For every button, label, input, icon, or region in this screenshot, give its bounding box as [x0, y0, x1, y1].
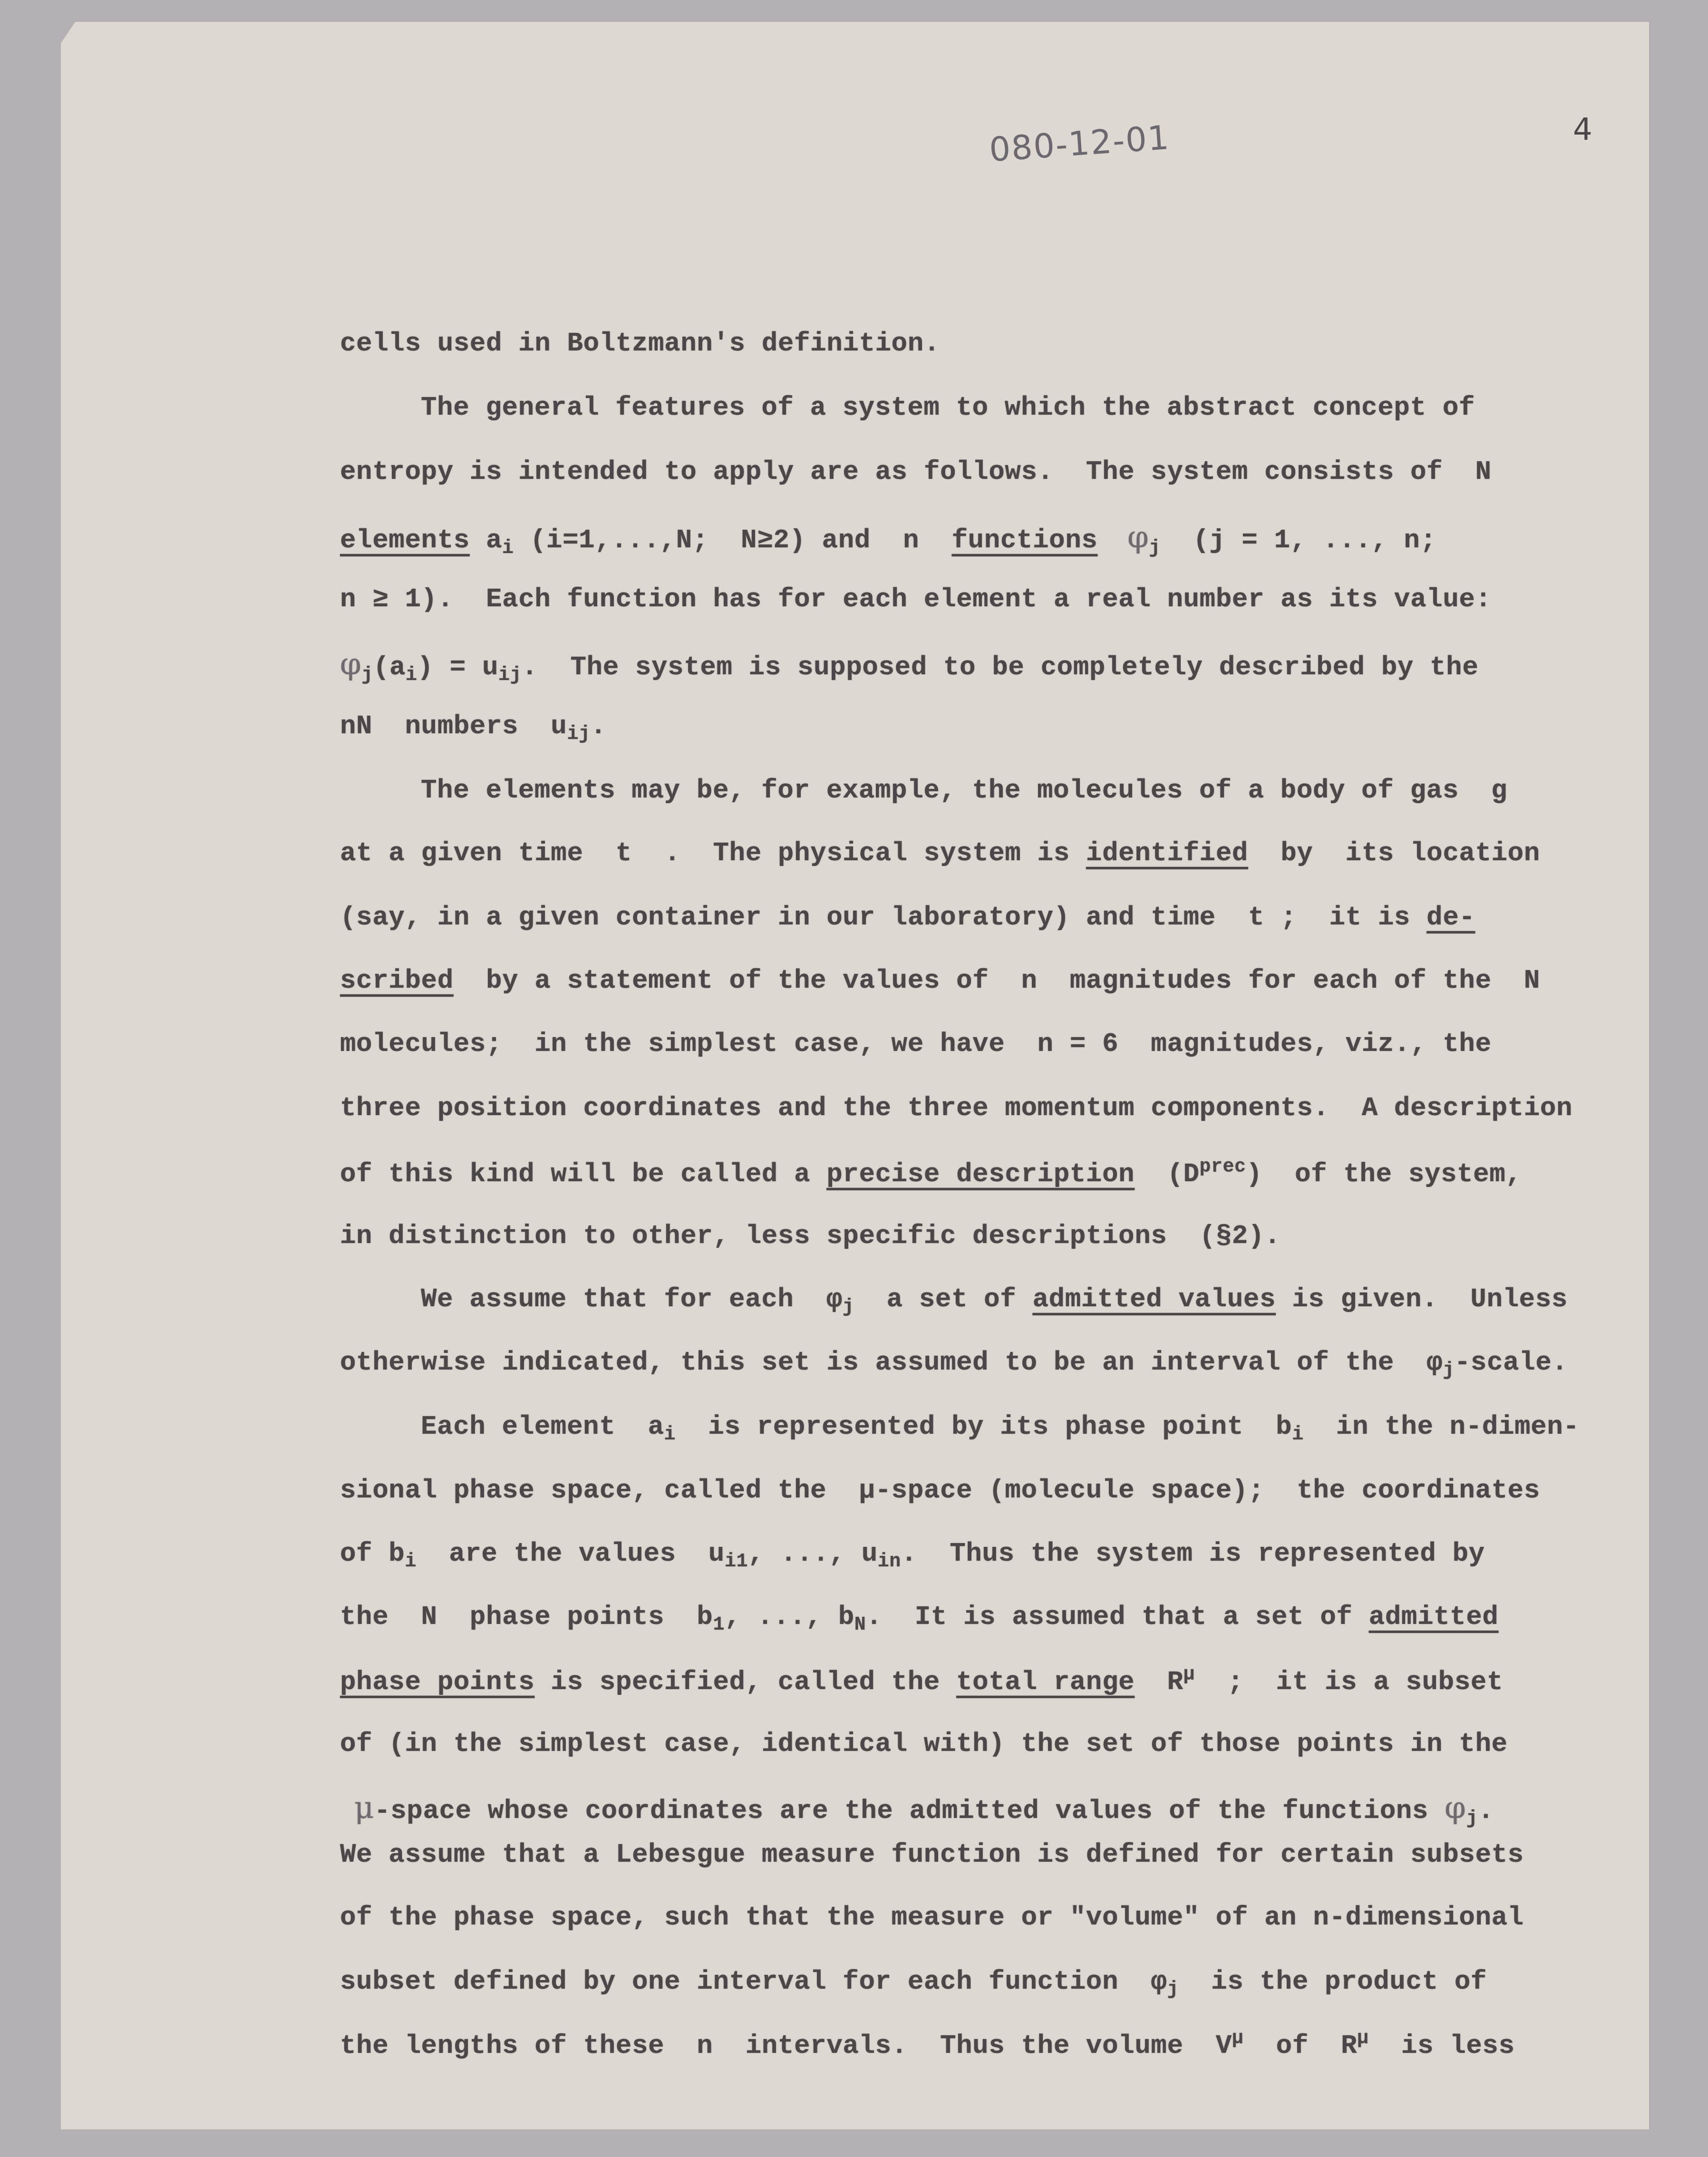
text-run: a [470, 525, 502, 555]
text-run: R [1135, 1667, 1183, 1697]
text-run: by a statement of the values of n magnit… [454, 965, 1540, 996]
text-run: of b [340, 1538, 405, 1569]
text-run: . [1478, 1796, 1494, 1826]
text-run: are the values u [417, 1538, 725, 1569]
text-run: (a [373, 652, 406, 682]
text-run: -scale. [1455, 1347, 1568, 1378]
text-line: elements ai (i=1,...,N; N≥2) and n funct… [340, 520, 1436, 559]
text-line: in distinction to other, less specific d… [340, 1221, 1281, 1251]
text-line: sional phase space, called the μ-space (… [340, 1475, 1540, 1506]
text-run: We assume that for each φ [421, 1284, 843, 1314]
text-line: at a given time t . The physical system … [340, 838, 1540, 868]
underlined-term: phase points [340, 1667, 534, 1697]
subscript: i [664, 1424, 676, 1446]
underlined-term: admitted values [1032, 1284, 1276, 1314]
text-line: nN numbers uij. [340, 711, 607, 745]
text-line: (say, in a given container in our labora… [340, 902, 1475, 933]
subscript: j [1149, 538, 1161, 559]
text-run: is represented by its phase point b [676, 1411, 1292, 1442]
text-line: of (in the simplest case, identical with… [340, 1729, 1508, 1759]
text-line: φj(ai) = uij. The system is supposed to … [340, 647, 1478, 686]
text-run: is the product of [1179, 1966, 1487, 1997]
text-line: phase points is specified, called the to… [340, 1664, 1503, 1697]
text-line: entropy is intended to apply are as foll… [340, 457, 1492, 487]
archive-reference: 080-12-01 [988, 118, 1171, 169]
subscript: N [854, 1614, 866, 1636]
subscript: i [406, 665, 417, 686]
text-line: molecules; in the simplest case, we have… [340, 1029, 1492, 1059]
text-run: (D [1135, 1159, 1199, 1189]
underlined-term: scribed [340, 965, 454, 996]
text-run: in the n-dimen- [1304, 1411, 1580, 1442]
text-line: cells used in Boltzmann's definition. [340, 328, 940, 359]
text-line: subset defined by one interval for each … [340, 1966, 1487, 2001]
superscript: prec [1200, 1156, 1246, 1178]
text-line: the lengths of these n intervals. Thus t… [340, 2028, 1515, 2061]
text-run: is given. Unless [1276, 1284, 1568, 1314]
text-run: by its location [1248, 838, 1540, 868]
text-line: The elements may be, for example, the mo… [421, 775, 1507, 806]
subscript: 1 [713, 1614, 725, 1636]
text-run: , ..., b [725, 1602, 854, 1632]
underlined-term: de- [1427, 902, 1475, 933]
text-run: the lengths of these n intervals. Thus t… [340, 2031, 1232, 2061]
underlined-term: precise description [826, 1159, 1135, 1189]
text-run: at a given time t . The physical system … [340, 838, 1086, 868]
text-line: scribed by a statement of the values of … [340, 965, 1540, 996]
text-run: of this kind will be called a [340, 1159, 826, 1189]
handwritten-symbol: μ [354, 1790, 374, 1826]
text-run: of R [1243, 2031, 1357, 2061]
text-run: , ..., u [748, 1538, 878, 1569]
subscript: j [1167, 1979, 1179, 2001]
subscript: i1 [725, 1551, 748, 1573]
handwritten-symbol: φ [340, 647, 361, 682]
text-run: is specified, called the [534, 1667, 956, 1697]
superscript: μ [1357, 2028, 1369, 2050]
subscript: j [1443, 1360, 1455, 1381]
text-run: subset defined by one interval for each … [340, 1966, 1167, 1997]
page-number: 4 [1573, 112, 1592, 147]
text-line: of this kind will be called a precise de… [340, 1156, 1522, 1189]
underlined-term: elements [340, 525, 470, 555]
text-run: otherwise indicated, this set is assumed… [340, 1347, 1443, 1378]
subscript: ij [498, 665, 522, 686]
text-line: of bi are the values ui1, ..., uin. Thus… [340, 1538, 1485, 1573]
text-run: nN numbers u [340, 711, 567, 741]
text-run: ) of the system, [1246, 1159, 1522, 1189]
subscript: i [502, 538, 514, 559]
text-line: We assume that for each φj a set of admi… [421, 1284, 1568, 1318]
handwritten-symbol: φ [1097, 520, 1149, 555]
text-run: Each element a [421, 1411, 664, 1442]
text-run: ; it is a subset [1195, 1667, 1503, 1697]
superscript: μ [1184, 1664, 1195, 1686]
subscript: j [1466, 1808, 1478, 1830]
subscript: i [405, 1551, 417, 1573]
handwritten-symbol: φ [1445, 1790, 1466, 1826]
text-run: (say, in a given container in our labora… [340, 902, 1427, 933]
superscript: μ [1232, 2028, 1244, 2050]
text-run: is less [1369, 2031, 1515, 2061]
underlined-term: admitted [1369, 1602, 1499, 1632]
text-line: n ≥ 1). Each function has for each eleme… [340, 584, 1492, 614]
text-run: . [591, 711, 607, 741]
text-run: ) = u [417, 652, 499, 682]
underlined-term: identified [1086, 838, 1248, 868]
subscript: j [843, 1297, 854, 1318]
text-run: the N phase points b [340, 1602, 713, 1632]
text-line: μ-space whose coordinates are the admitt… [354, 1790, 1494, 1830]
text-run: . It is assumed that a set of [866, 1602, 1368, 1632]
text-line: of the phase space, such that the measur… [340, 1902, 1524, 1933]
text-line: otherwise indicated, this set is assumed… [340, 1347, 1568, 1381]
text-run: -space whose coordinates are the admitte… [374, 1796, 1445, 1826]
text-run: . Thus the system is represented by [901, 1538, 1485, 1569]
text-run: . The system is supposed to be completel… [522, 652, 1478, 682]
text-line: We assume that a Lebesgue measure functi… [340, 1839, 1524, 1870]
text-line: the N phase points b1, ..., bN. It is as… [340, 1602, 1498, 1636]
text-line: Each element ai is represented by its ph… [421, 1411, 1579, 1446]
subscript: j [361, 665, 373, 686]
text-run: (j = 1, ..., n; [1161, 525, 1436, 555]
underlined-term: total range [956, 1667, 1135, 1697]
text-run: a set of [854, 1284, 1032, 1314]
text-line: The general features of a system to whic… [421, 392, 1475, 423]
underlined-term: functions [951, 525, 1097, 555]
subscript: in [878, 1551, 901, 1573]
subscript: ij [567, 724, 590, 745]
text-run: (i=1,...,N; N≥2) and n [514, 525, 952, 555]
text-line: three position coordinates and the three… [340, 1093, 1572, 1123]
subscript: i [1292, 1424, 1304, 1446]
